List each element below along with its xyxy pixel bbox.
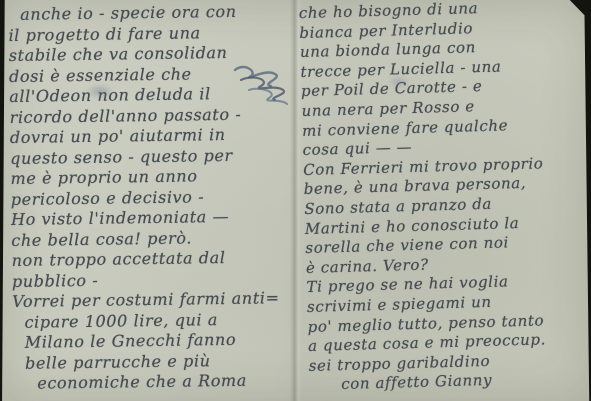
ink-smudge	[86, 84, 114, 99]
handwritten-line: economiche che a Roma	[13, 370, 293, 394]
handwritten-line: Vorrei per costumi farmi anti=	[12, 288, 292, 312]
scribbled-out-word	[231, 58, 293, 110]
ink-smudge	[388, 76, 410, 88]
letter-page-right: che ho bisogno di una bianca per Interlu…	[298, 0, 589, 396]
letter-photo: anche io - specie ora con il progetto di…	[0, 0, 591, 401]
